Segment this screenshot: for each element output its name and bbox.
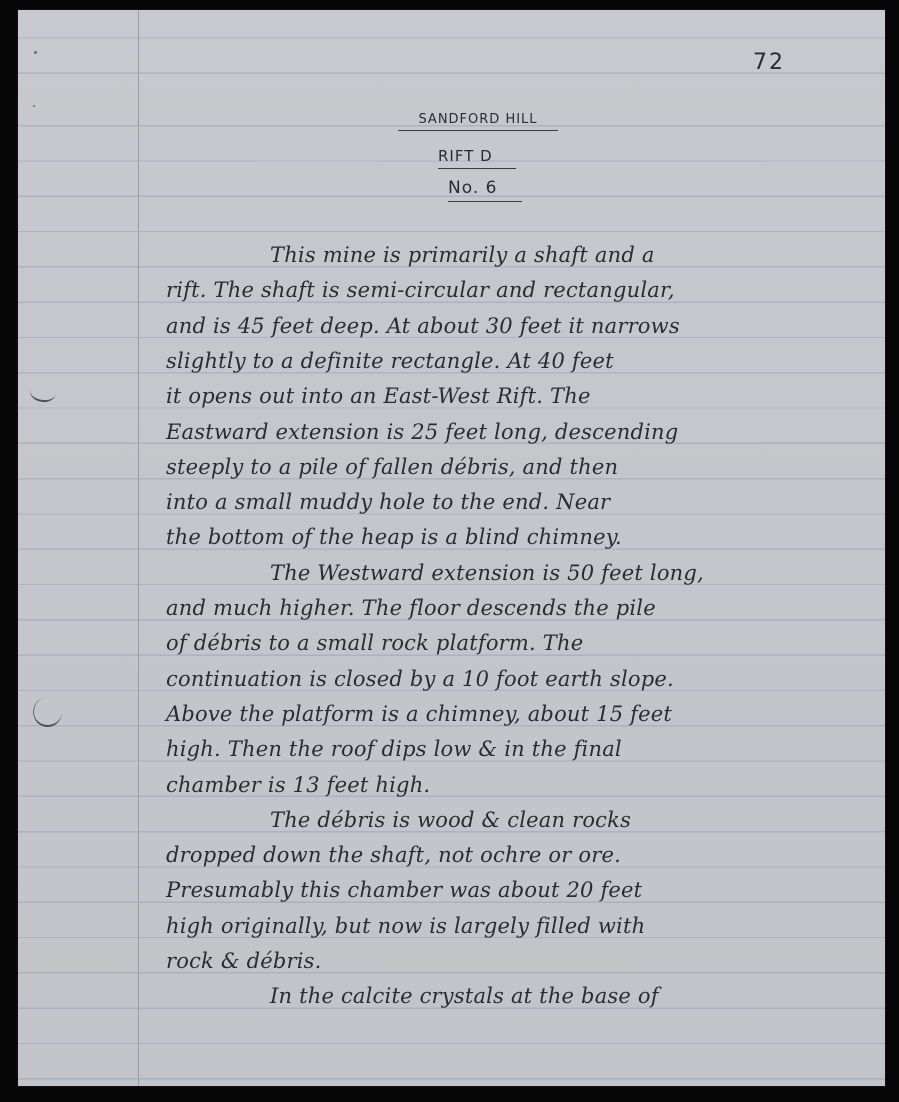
handwritten-line: and is 45 feet deep. At about 30 feet it…	[166, 309, 680, 344]
handwritten-line: of débris to a small rock platform. The	[166, 626, 583, 661]
handwritten-line: slightly to a definite rectangle. At 40 …	[166, 344, 614, 379]
handwritten-line: the bottom of the heap is a blind chimne…	[166, 520, 622, 555]
paper-speck	[33, 105, 35, 107]
handwritten-line: The Westward extension is 50 feet long,	[270, 556, 704, 591]
handwritten-line: steeply to a pile of fallen débris, and …	[166, 450, 618, 485]
handwritten-line: Presumably this chamber was about 20 fee…	[166, 873, 642, 908]
handwritten-line: into a small muddy hole to the end. Near	[166, 485, 610, 520]
heading-number: No. 6	[448, 178, 522, 202]
binder-hole-mark	[33, 697, 62, 727]
handwritten-line: This mine is primarily a shaft and a	[270, 238, 655, 273]
handwritten-line: and much higher. The floor descends the …	[166, 591, 656, 626]
paper-speck	[34, 51, 37, 54]
handwritten-line: Eastward extension is 25 feet long, desc…	[166, 415, 678, 450]
handwritten-line: In the calcite crystals at the base of	[270, 979, 659, 1014]
handwritten-line: high. Then the roof dips low & in the fi…	[166, 732, 622, 767]
handwritten-line: rift. The shaft is semi-circular and rec…	[166, 273, 675, 308]
handwritten-line: rock & débris.	[166, 944, 322, 979]
handwritten-line: it opens out into an East-West Rift. The	[166, 379, 591, 414]
handwritten-page: 72 SANDFORD HILL RIFT D No. 6 This mine …	[18, 10, 885, 1086]
handwritten-line: chamber is 13 feet high.	[166, 768, 430, 803]
handwritten-line: Above the platform is a chimney, about 1…	[166, 697, 672, 732]
heading-rift: RIFT D	[438, 147, 516, 169]
handwritten-line: The débris is wood & clean rocks	[270, 803, 631, 838]
handwritten-line: high originally, but now is largely fill…	[166, 909, 645, 944]
page-number: 72	[753, 50, 785, 75]
margin-line	[138, 10, 139, 1086]
heading-location: SANDFORD HILL	[398, 112, 558, 131]
handwritten-line: continuation is closed by a 10 foot eart…	[166, 662, 674, 697]
handwritten-line: dropped down the shaft, not ochre or ore…	[166, 838, 621, 873]
